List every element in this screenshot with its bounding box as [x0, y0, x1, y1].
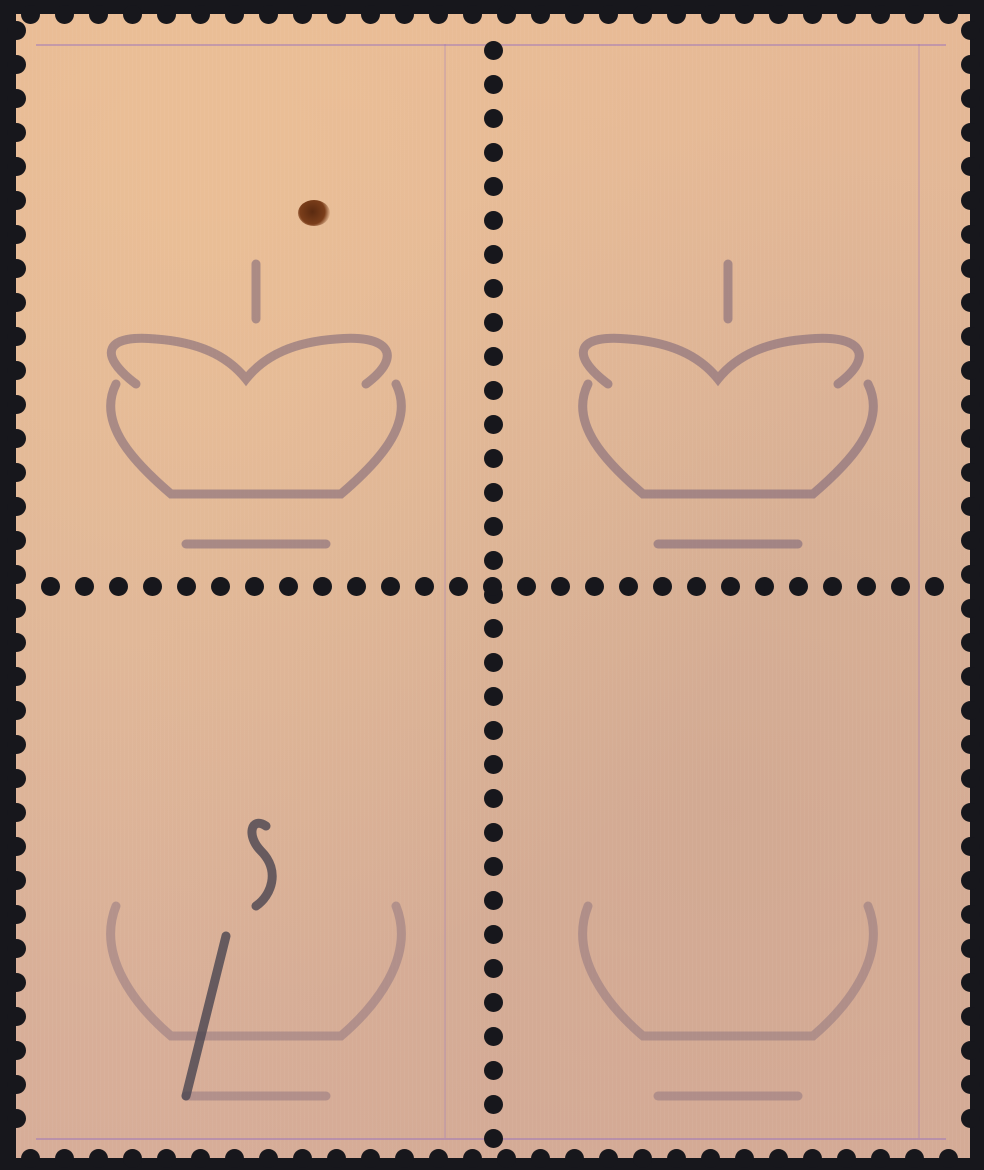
perforation-hole: [961, 259, 980, 278]
perforation-hole: [123, 5, 142, 24]
perforation-hole: [41, 577, 60, 596]
perforation-hole: [531, 1149, 550, 1168]
perforation-hole: [259, 5, 278, 24]
perforation-hole: [225, 1149, 244, 1168]
perforation-hole: [961, 225, 980, 244]
perforation-hole: [7, 1075, 26, 1094]
perforation-hole: [7, 429, 26, 448]
perforation-hole: [891, 577, 910, 596]
perforation-hole: [769, 5, 788, 24]
perforation-hole: [395, 5, 414, 24]
perforation-hole: [484, 75, 503, 94]
perforation-hole: [157, 1149, 176, 1168]
perforation-hole: [7, 89, 26, 108]
perforation-hole: [484, 41, 503, 60]
perforation-hole: [484, 823, 503, 842]
perforation-hole: [484, 245, 503, 264]
perforation-hole: [484, 551, 503, 570]
perforation-hole: [7, 531, 26, 550]
perforation-hole: [484, 687, 503, 706]
perforation-hole: [7, 1041, 26, 1060]
perforation-hole: [961, 973, 980, 992]
perforation-hole: [735, 1149, 754, 1168]
perforation-hole: [484, 993, 503, 1012]
perforation-hole: [484, 109, 503, 128]
pencil-mark-icon: [156, 806, 316, 1106]
perforation-hole: [7, 157, 26, 176]
perforation-hole: [483, 577, 502, 596]
perforation-hole: [7, 1109, 26, 1128]
perforation-hole: [211, 577, 230, 596]
perforation-hole: [769, 1149, 788, 1168]
perforation-hole: [7, 973, 26, 992]
perforation-hole: [89, 5, 108, 24]
brown-stain: [298, 200, 330, 226]
perforation-hole: [497, 1149, 516, 1168]
perforation-hole: [961, 803, 980, 822]
perforation-hole: [7, 735, 26, 754]
perforation-hole: [7, 1007, 26, 1026]
perforation-hole: [191, 5, 210, 24]
perforation-hole: [961, 55, 980, 74]
perforation-hole: [961, 327, 980, 346]
perforation-hole: [55, 1149, 74, 1168]
perforation-hole: [484, 755, 503, 774]
perforation-hole: [484, 517, 503, 536]
perforation-hole: [484, 143, 503, 162]
perforation-hole: [755, 577, 774, 596]
perforation-hole: [484, 1061, 503, 1080]
perforation-hole: [429, 5, 448, 24]
perforation-hole: [961, 21, 980, 40]
perforation-hole: [484, 653, 503, 672]
perforation-hole: [961, 769, 980, 788]
perforation-hole: [7, 361, 26, 380]
perforation-hole: [653, 577, 672, 596]
perforation-hole: [361, 1149, 380, 1168]
stamp-top-right: [493, 14, 970, 586]
perforation-hole: [497, 5, 516, 24]
perforation-hole: [484, 1027, 503, 1046]
perforation-hole: [21, 5, 40, 24]
perforation-hole: [721, 577, 740, 596]
perforation-hole: [961, 497, 980, 516]
perforation-hole: [484, 449, 503, 468]
stamp-top-left: [16, 14, 493, 586]
perforation-hole: [313, 577, 332, 596]
perforation-hole: [599, 1149, 618, 1168]
perforation-hole: [327, 5, 346, 24]
perforation-hole: [803, 5, 822, 24]
perforation-hole: [484, 211, 503, 230]
perforation-hole: [484, 619, 503, 638]
perforation-hole: [939, 5, 958, 24]
perforation-hole: [961, 293, 980, 312]
perforation-hole: [7, 803, 26, 822]
perforation-hole: [619, 577, 638, 596]
perforation-hole: [7, 565, 26, 584]
perforation-hole: [381, 577, 400, 596]
perforation-hole: [449, 577, 468, 596]
stamp-bottom-right: [493, 586, 970, 1158]
perforation-hole: [823, 577, 842, 596]
perforation-hole: [361, 5, 380, 24]
perforation-hole: [327, 1149, 346, 1168]
perforation-hole: [961, 463, 980, 482]
perforation-hole: [961, 123, 980, 142]
perforation-hole: [857, 577, 876, 596]
perforation-hole: [109, 577, 128, 596]
perforation-hole: [7, 837, 26, 856]
perforation-hole: [484, 1095, 503, 1114]
perforation-hole: [7, 123, 26, 142]
perforation-hole: [837, 1149, 856, 1168]
perforation-hole: [7, 225, 26, 244]
perforation-hole: [259, 1149, 278, 1168]
perforation-hole: [961, 667, 980, 686]
perforation-hole: [871, 5, 890, 24]
perforation-hole: [701, 5, 720, 24]
perforation-hole: [7, 871, 26, 890]
perforation-hole: [961, 1007, 980, 1026]
perforation-hole: [837, 5, 856, 24]
crown-watermark-icon: [548, 244, 908, 564]
perforation-hole: [7, 667, 26, 686]
perforation-hole: [484, 483, 503, 502]
perforation-hole: [961, 735, 980, 754]
perforation-hole: [871, 1149, 890, 1168]
perforation-hole: [687, 577, 706, 596]
perforation-hole: [7, 769, 26, 788]
perforation-hole: [484, 177, 503, 196]
perforation-hole: [484, 347, 503, 366]
perforation-hole: [484, 415, 503, 434]
perforation-hole: [293, 1149, 312, 1168]
perforation-hole: [7, 327, 26, 346]
perforation-hole: [961, 905, 980, 924]
perforation-hole: [939, 1149, 958, 1168]
perforation-hole: [463, 1149, 482, 1168]
perforation-hole: [961, 701, 980, 720]
perforation-hole: [585, 577, 604, 596]
perforation-hole: [905, 1149, 924, 1168]
crown-watermark-icon: [76, 244, 436, 564]
perforation-hole: [667, 5, 686, 24]
perforation-hole: [347, 577, 366, 596]
perforation-hole: [7, 191, 26, 210]
perforation-hole: [245, 577, 264, 596]
perforation-hole: [7, 497, 26, 516]
perforation-hole: [7, 633, 26, 652]
perforation-hole: [961, 1109, 980, 1128]
perforation-hole: [7, 701, 26, 720]
perforation-hole: [123, 1149, 142, 1168]
perforation-hole: [293, 5, 312, 24]
perforation-hole: [701, 1149, 720, 1168]
perforation-hole: [961, 395, 980, 414]
perforation-hole: [961, 157, 980, 176]
perforation-hole: [484, 959, 503, 978]
perforation-hole: [961, 1041, 980, 1060]
perforation-hole: [21, 1149, 40, 1168]
perforation-hole: [225, 5, 244, 24]
perforation-hole: [633, 1149, 652, 1168]
perforation-hole: [7, 21, 26, 40]
perforation-hole: [55, 5, 74, 24]
perforation-hole: [484, 721, 503, 740]
perforation-hole: [961, 191, 980, 210]
perforation-hole: [415, 577, 434, 596]
perforation-hole: [395, 1149, 414, 1168]
perforation-hole: [961, 565, 980, 584]
perforation-hole: [463, 5, 482, 24]
perforation-hole: [961, 531, 980, 550]
perforation-hole: [7, 939, 26, 958]
perforation-hole: [925, 577, 944, 596]
perforation-hole: [565, 1149, 584, 1168]
perforation-hole: [484, 279, 503, 298]
perforation-hole: [7, 463, 26, 482]
perforation-hole: [961, 89, 980, 108]
perforation-hole: [531, 5, 550, 24]
perforation-hole: [565, 5, 584, 24]
perforation-hole: [157, 5, 176, 24]
perforation-hole: [789, 577, 808, 596]
perforation-hole: [551, 577, 570, 596]
perforation-hole: [7, 905, 26, 924]
perforation-hole: [961, 361, 980, 380]
perforation-hole: [905, 5, 924, 24]
perforation-hole: [735, 5, 754, 24]
perforation-hole: [484, 789, 503, 808]
perforation-hole: [7, 293, 26, 312]
perforation-hole: [7, 259, 26, 278]
perforation-hole: [961, 871, 980, 890]
perforation-hole: [633, 5, 652, 24]
perforation-hole: [667, 1149, 686, 1168]
perforation-hole: [143, 577, 162, 596]
perforation-hole: [484, 925, 503, 944]
perforation-hole: [961, 599, 980, 618]
perforation-hole: [599, 5, 618, 24]
perforation-hole: [7, 55, 26, 74]
perforation-hole: [429, 1149, 448, 1168]
stamp-block-photo: [0, 0, 984, 1170]
perforation-hole: [75, 577, 94, 596]
perforation-hole: [961, 1075, 980, 1094]
perforation-hole: [961, 633, 980, 652]
perforation-hole: [803, 1149, 822, 1168]
perforation-hole: [7, 599, 26, 618]
perforation-hole: [484, 1129, 503, 1148]
stamp-bottom-left: [16, 586, 493, 1158]
perforation-hole: [7, 395, 26, 414]
crown-watermark-icon: [548, 866, 908, 1126]
perforation-hole: [517, 577, 536, 596]
perforation-hole: [484, 857, 503, 876]
perforation-hole: [177, 577, 196, 596]
perforation-hole: [484, 891, 503, 910]
perforation-hole: [89, 1149, 108, 1168]
perforation-hole: [484, 381, 503, 400]
perforation-hole: [191, 1149, 210, 1168]
perforation-hole: [279, 577, 298, 596]
perforation-hole: [484, 313, 503, 332]
perforation-hole: [961, 429, 980, 448]
perforation-hole: [961, 837, 980, 856]
perforation-hole: [961, 939, 980, 958]
